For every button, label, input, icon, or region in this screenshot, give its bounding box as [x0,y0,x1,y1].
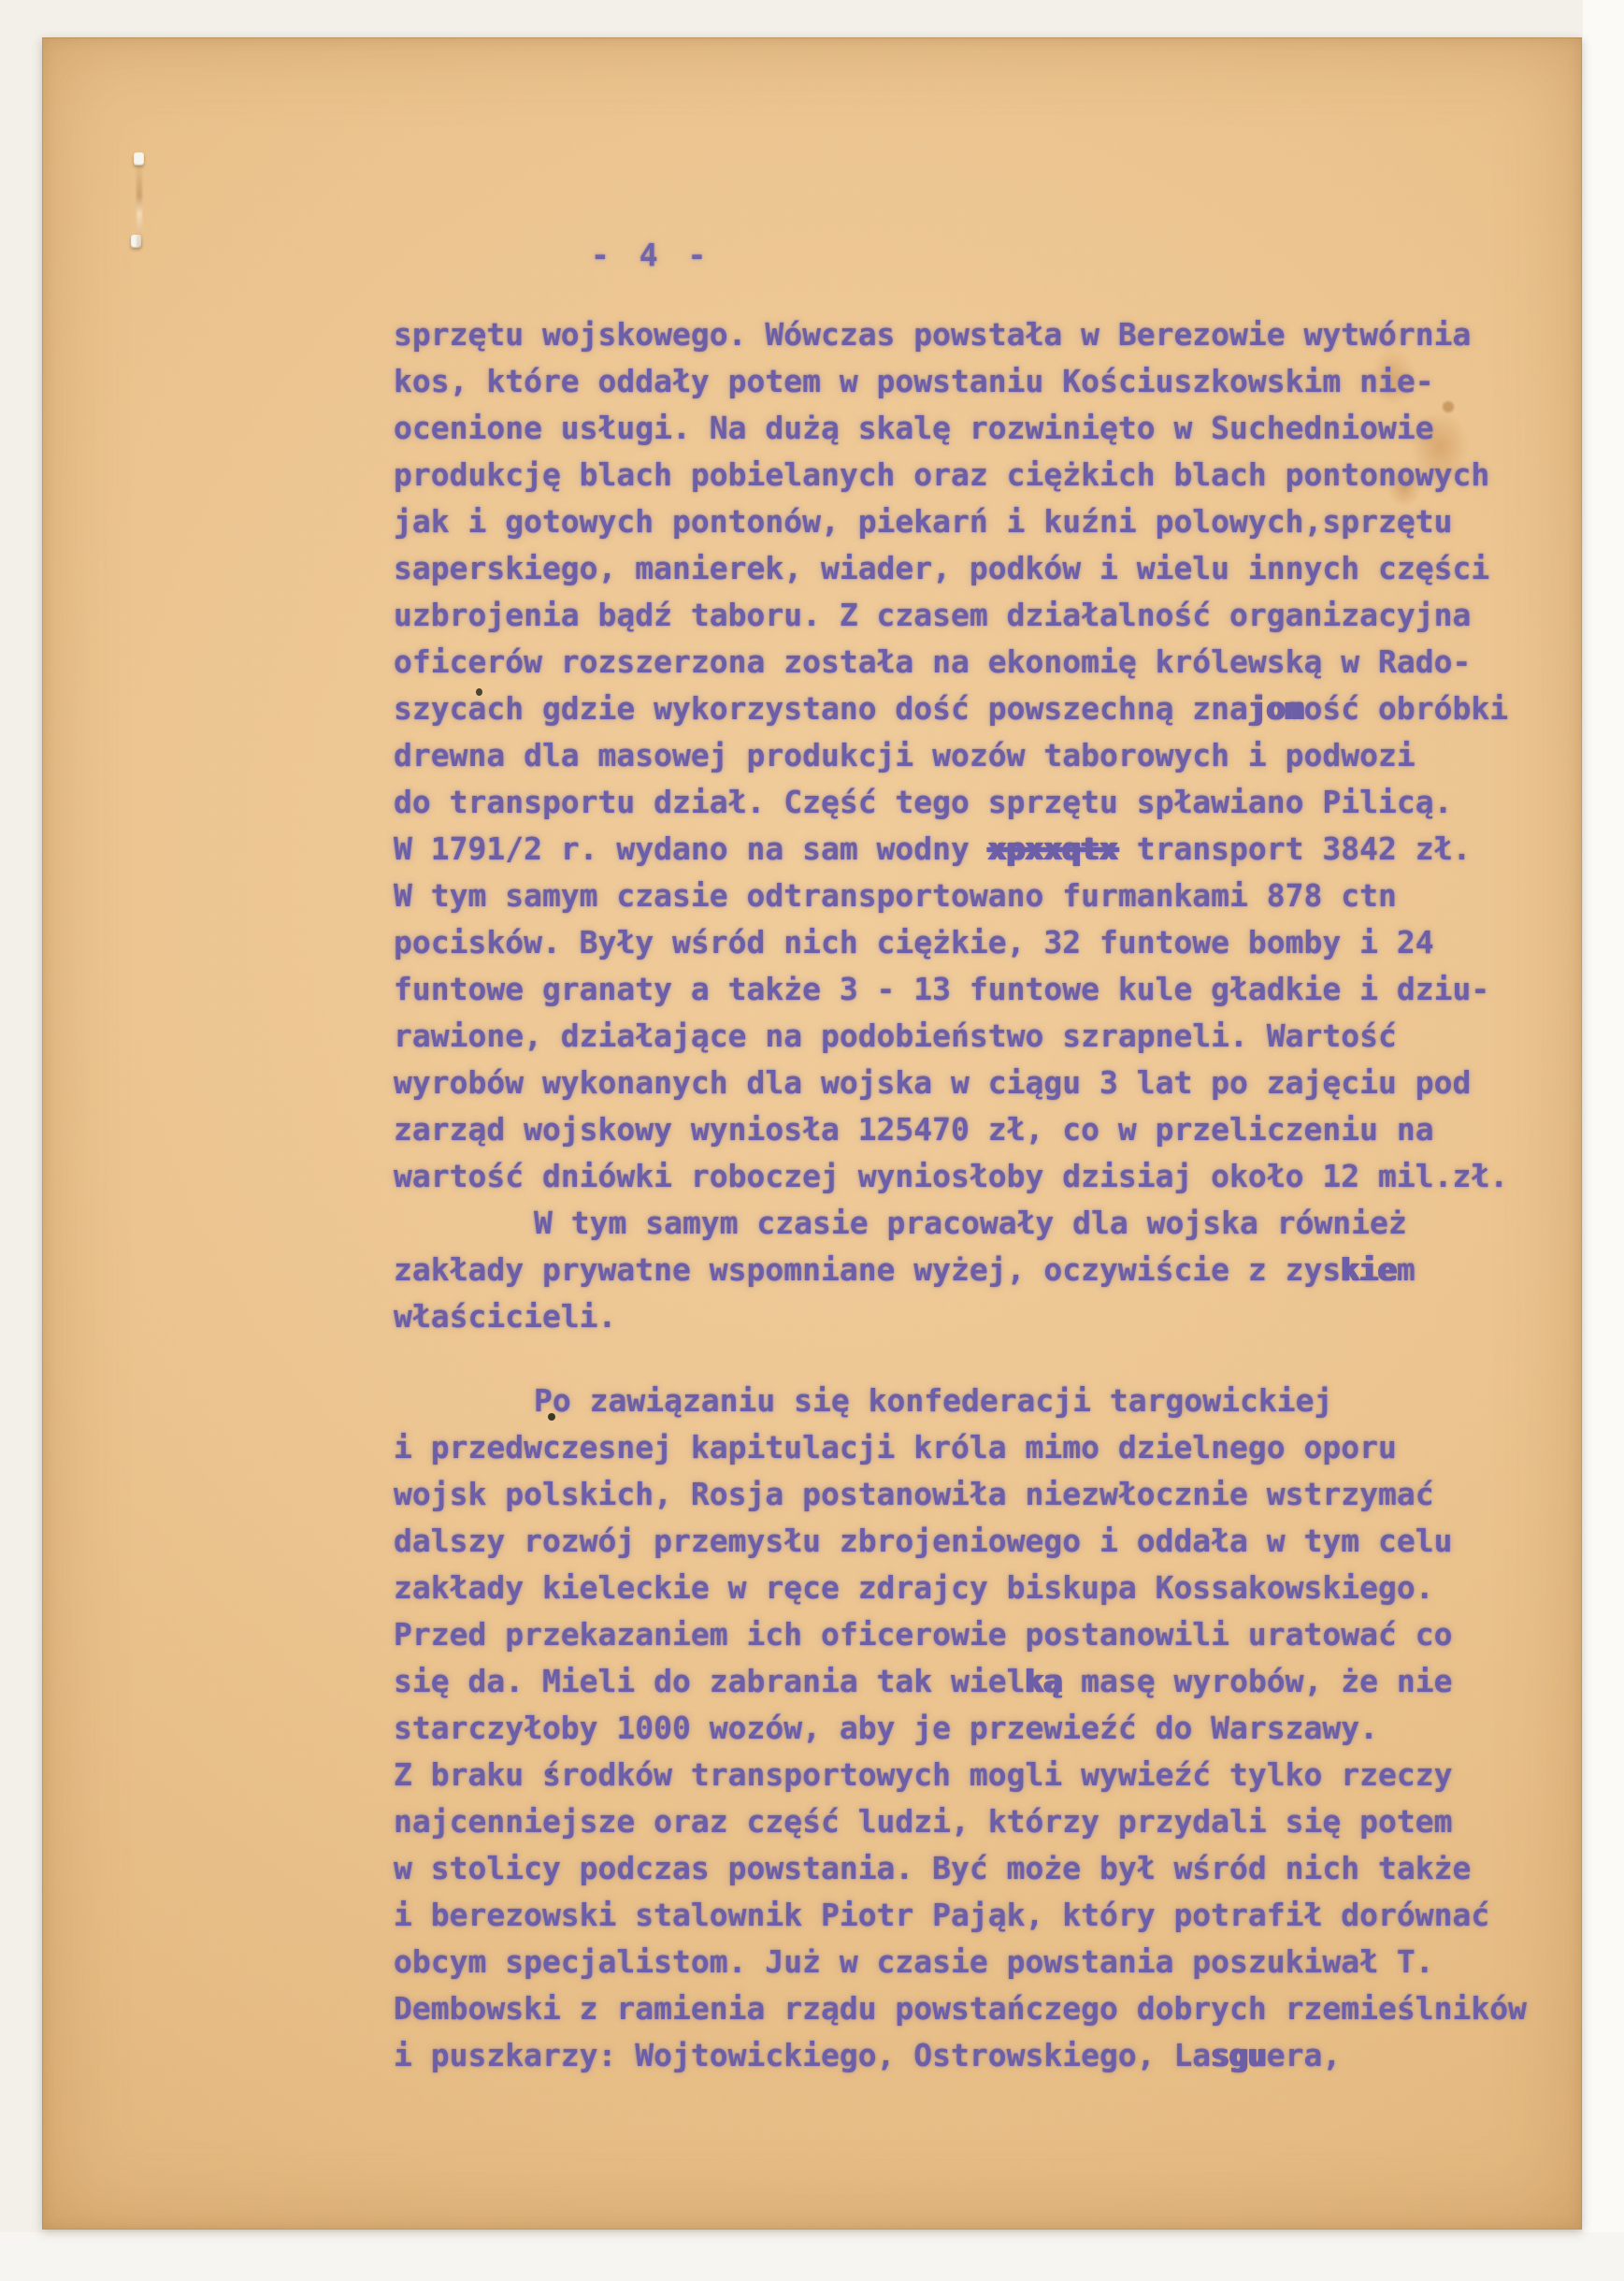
text-segment: funtowe granaty a także 3 - 13 funtowe k… [394,971,1489,1007]
text-line: Przed przekazaniem ich oficerowie postan… [394,1611,1572,1658]
scanner-bed-right-strip [1583,0,1624,2281]
text-line: jak i gotowych pontonów, piekarń i kuźni… [394,498,1572,545]
text-segment: i przedwczesnej kapitulacji króla mimo d… [394,1429,1397,1465]
crossed-out-word: xpxxqtx [988,830,1118,867]
text-line: zarząd wojskowy wyniosła 125470 zł, co w… [394,1106,1572,1153]
text-line: oficerów rozszerzona została na ekonomię… [394,639,1572,686]
text-line: obcym specjalistom. Już w czasie powstan… [394,1939,1572,1985]
text-segment: się da. Mieli do zabrania tak wiel [394,1663,1026,1699]
text-segment: obcym specjalistom. Już w czasie powstan… [394,1943,1434,1980]
text-segment: m [1397,1251,1416,1288]
text-segment: ką [1026,1663,1063,1699]
text-line: Dembowski z ramienia rządu powstańczego … [394,1985,1572,2032]
scanned-document-screenshot: { "document": { "page_number": "- 4 -", … [0,0,1624,2281]
text-segment: transport 3842 zł. [1118,830,1472,867]
text-segment: kos, które oddały potem w powstaniu Kośc… [394,363,1434,399]
text-segment: do transportu dział. Część tego sprzętu … [394,784,1452,820]
text-segment: szycach gdzie wykorzystano dość powszech… [394,690,1248,727]
text-line: i berezowski stalownik Piotr Pająk, któr… [394,1892,1572,1939]
text-line: właścicieli. [394,1293,1572,1340]
text-line: produkcję blach pobielanych oraz ciężkic… [394,452,1572,498]
text-line: W tym samym czasie odtransportowano furm… [394,873,1572,919]
text-line: Po zawiązaniu się konfederacji targowick… [394,1378,1572,1424]
text-segment: ość obróbki [1304,690,1509,727]
text-segment: Z braku środków transportowych mogli wyw… [394,1756,1452,1793]
text-segment: i puszkarzy: Wojtowickiego, Ostrowskiego… [394,2037,1211,2073]
text-line: szycach gdzie wykorzystano dość powszech… [394,686,1572,732]
text-line: kos, które oddały potem w powstaniu Kośc… [394,358,1572,405]
text-line: W tym samym czasie pracowały dla wojska … [394,1200,1572,1247]
text-segment: sgu [1211,2037,1267,2073]
text-segment: i berezowski stalownik Piotr Pająk, któr… [394,1897,1489,1933]
text-line: i puszkarzy: Wojtowickiego, Ostrowskiego… [394,2032,1572,2079]
page-number: - 4 - [591,237,711,273]
text-line: uzbrojenia bądź taboru. Z czasem działal… [394,592,1572,639]
text-segment: W tym samym czasie odtransportowano furm… [394,877,1397,914]
text-segment: dalszy rozwój przemysłu zbrojeniowego i … [394,1523,1452,1559]
text-segment: starczyłoby 1000 wozów, aby je przewieźć… [394,1710,1378,1746]
text-line: saperskiego, manierek, wiader, podków i … [394,545,1572,592]
text-line: zakłady prywatne wspomniane wyżej, oczyw… [394,1247,1572,1293]
text-line: pocisków. Były wśród nich ciężkie, 32 fu… [394,919,1572,966]
text-line: Z braku środków transportowych mogli wyw… [394,1752,1572,1798]
text-segment: masę wyrobów, że nie [1062,1663,1452,1699]
text-segment: Dembowski z ramienia rządu powstańczego … [394,1990,1527,2027]
text-line: do transportu dział. Część tego sprzętu … [394,779,1572,826]
text-segment: wyrobów wykonanych dla wojska w ciągu 3 … [394,1064,1471,1101]
text-segment: zarząd wojskowy wyniosła 125470 zł, co w… [394,1111,1434,1148]
text-segment: saperskiego, manierek, wiader, podków i … [394,550,1489,586]
text-line: funtowe granaty a także 3 - 13 funtowe k… [394,966,1572,1013]
text-segment: w stolicy podczas powstania. Być może by… [394,1850,1471,1886]
text-segment: W tym samym czasie pracowały dla wojska … [534,1205,1407,1241]
text-segment: zakłady kieleckie w ręce zdrajcy biskupa… [394,1569,1434,1606]
text-segment: sprzętu wojskowego. Wówczas powstała w B… [394,316,1471,353]
text-segment: produkcję blach pobielanych oraz ciężkic… [394,456,1489,493]
text-line: dalszy rozwój przemysłu zbrojeniowego i … [394,1518,1572,1565]
text-segment: W 1791/2 r. wydano na sam wodny [394,830,988,867]
typewritten-text: sprzętu wojskowego. Wówczas powstała w B… [394,311,1572,2079]
text-segment: jom [1248,690,1304,727]
text-segment: właścicieli. [394,1298,616,1335]
text-segment: ocenione usługi. Na dużą skalę rozwinięt… [394,410,1434,446]
text-line: starczyłoby 1000 wozów, aby je przewieźć… [394,1705,1572,1752]
text-line: w stolicy podczas powstania. Być może by… [394,1845,1572,1892]
text-segment: wojsk polskich, Rosja postanowiła niezwł… [394,1476,1434,1512]
text-segment: era, [1267,2037,1341,2073]
text-line: i przedwczesnej kapitulacji króla mimo d… [394,1424,1572,1471]
text-segment: jak i gotowych pontonów, piekarń i kuźni… [394,503,1452,540]
text-segment: Przed przekazaniem ich oficerowie postan… [394,1616,1452,1653]
text-segment: rawione, działające na podobieństwo szra… [394,1018,1397,1054]
text-line: sprzętu wojskowego. Wówczas powstała w B… [394,311,1572,358]
text-segment: pocisków. Były wśród nich ciężkie, 32 fu… [394,924,1434,960]
text-line: drewna dla masowej produkcji wozów tabor… [394,732,1572,779]
text-line: ocenione usługi. Na dużą skalę rozwinięt… [394,405,1572,452]
text-segment: oficerów rozszerzona została na ekonomię… [394,643,1471,680]
scanner-bed-bottom-strip [0,2232,1624,2281]
text-segment: Po zawiązaniu się konfederacji targowick… [534,1382,1332,1419]
text-line: się da. Mieli do zabrania tak wielką mas… [394,1658,1572,1705]
text-segment: najcenniejsze oraz część ludzi, którzy p… [394,1803,1452,1840]
text-segment: zakłady prywatne wspomniane wyżej, oczyw… [394,1251,1341,1288]
document-page: - 4 - sprzętu wojskowego. Wówczas powsta… [42,37,1582,2230]
text-line: W 1791/2 r. wydano na sam wodny xpxxqtx … [394,826,1572,873]
text-line: zakłady kieleckie w ręce zdrajcy biskupa… [394,1565,1572,1611]
text-segment: drewna dla masowej produkcji wozów tabor… [394,737,1416,773]
text-line: wartość dniówki roboczej wyniosłoby dzis… [394,1153,1572,1200]
text-line: najcenniejsze oraz część ludzi, którzy p… [394,1798,1572,1845]
staple-crease [137,162,142,248]
text-segment: wartość dniówki roboczej wyniosłoby dzis… [394,1158,1508,1194]
text-line: wyrobów wykonanych dla wojska w ciągu 3 … [394,1060,1572,1106]
text-line: wojsk polskich, Rosja postanowiła niezwł… [394,1471,1572,1518]
text-line: rawione, działające na podobieństwo szra… [394,1013,1572,1060]
text-segment: uzbrojenia bądź taboru. Z czasem działal… [394,597,1471,633]
text-segment: kie [1341,1251,1397,1288]
